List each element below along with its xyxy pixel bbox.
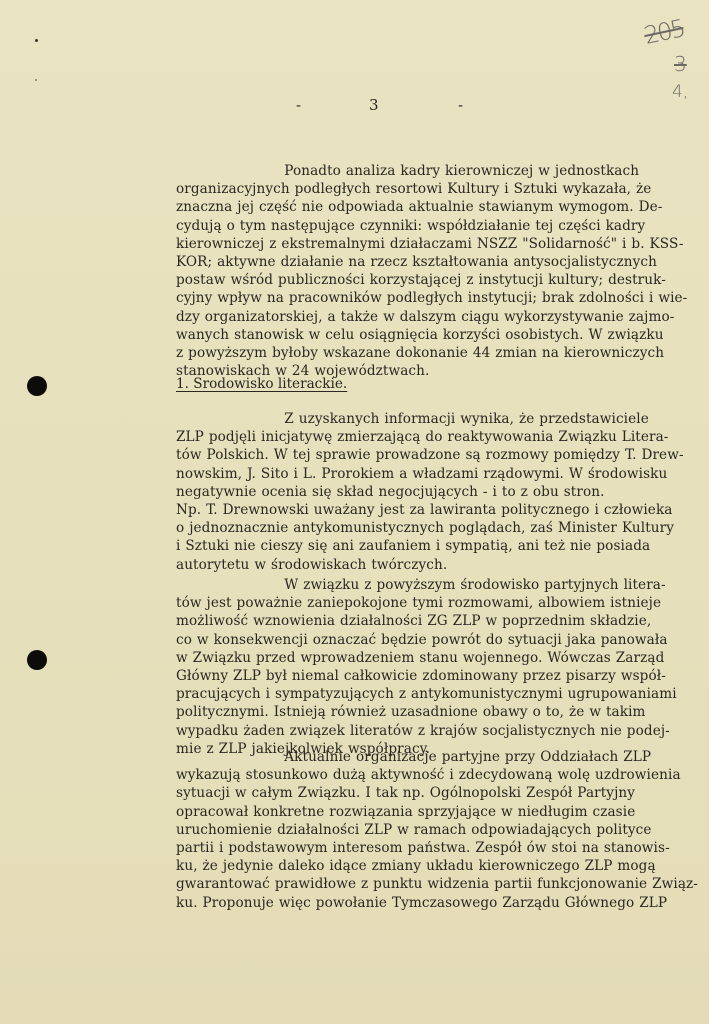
text-line: sytuacji w całym Związku. I tak np. Ogól…	[176, 784, 706, 802]
text-line: znaczna jej część nie odpowiada aktualni…	[176, 198, 706, 216]
text-line: pracujących i sympatyzujących z antykomu…	[176, 685, 706, 703]
paragraph-zlp-initiative: Z uzyskanych informacji wynika, że przed…	[176, 410, 706, 574]
text-line: Np. T. Drewnowski uważany jest za lawira…	[176, 501, 706, 519]
paragraph-cadre-analysis: Ponadto analiza kadry kierowniczej w jed…	[176, 162, 706, 380]
paragraph-party-concerns: W związku z powyższym środowisko partyjn…	[176, 576, 706, 758]
paper-speck	[35, 79, 37, 81]
handwritten-struck-number: 205	[642, 14, 687, 50]
text-line: negatywnie ocenia się skład negocjującyc…	[176, 483, 706, 501]
text-line: z powyższym byłoby wskazane dokonanie 44…	[176, 344, 706, 362]
page-number-dash-left: -	[296, 96, 301, 114]
text-line: ZLP podjęli inicjatywę zmierzającą do re…	[176, 428, 706, 446]
text-line: partii i podstawowym interesom państwa. …	[176, 839, 706, 857]
punch-hole-top	[27, 376, 47, 396]
text-line: ku, że jedynie daleko idące zmiany układ…	[176, 857, 706, 875]
text-line: o jednoznacznie antykomunistycznych pogl…	[176, 519, 706, 537]
text-line: postaw wśród publiczności korzystającej …	[176, 271, 706, 289]
text-line: i Sztuki nie cieszy się ani zaufaniem i …	[176, 537, 706, 555]
text-line: tów Polskich. W tej sprawie prowadzone s…	[176, 446, 706, 464]
text-line: politycznymi. Istnieją również uzasadnio…	[176, 703, 706, 721]
text-line: wypadku żaden związek literatów z krajów…	[176, 722, 706, 740]
text-line: cydują o tym następujące czynniki: współ…	[176, 217, 706, 235]
text-line: opracował konkretne rozwiązania sprzyjaj…	[176, 803, 706, 821]
page-number-dash-right: -	[458, 96, 463, 114]
text-line: wykazują stosunkowo dużą aktywność i zde…	[176, 766, 706, 784]
text-line: Ponadto analiza kadry kierowniczej w jed…	[176, 162, 706, 180]
text-line: gwarantować prawidłowe z punktu widzenia…	[176, 875, 706, 893]
text-line: tów jest poważnie zaniepokojone tymi roz…	[176, 594, 706, 612]
text-line: ku. Proponuje więc powołanie Tymczasoweg…	[176, 894, 706, 912]
text-line: organizacyjnych podległych resortowi Kul…	[176, 180, 706, 198]
text-line: W związku z powyższym środowisko partyjn…	[176, 576, 706, 594]
text-line: autorytetu w środowiskach twórczych.	[176, 556, 706, 574]
text-line: w Związku przed wprowadzeniem stanu woje…	[176, 649, 706, 667]
handwritten-struck-page: 3	[674, 52, 687, 76]
text-line: co w konsekwencji oznaczać będzie powrót…	[176, 631, 706, 649]
text-line: KOR; aktywne działanie na rzecz kształto…	[176, 253, 706, 271]
text-line: cyjny wpływ na pracowników podległych in…	[176, 289, 706, 307]
punch-hole-bottom	[27, 650, 47, 670]
text-line: dzy organizatorskiej, a także w dalszym …	[176, 308, 706, 326]
paragraph-party-organizations: Aktualnie organizacje partyjne przy Oddz…	[176, 748, 706, 912]
text-line: możliwość wznowienia działalności ZG ZLP…	[176, 612, 706, 630]
text-line: uruchomienie działalności ZLP w ramach o…	[176, 821, 706, 839]
section-heading: 1. Srodowisko literackie.	[176, 376, 347, 392]
text-line: Główny ZLP był niemal całkowicie zdomino…	[176, 667, 706, 685]
handwritten-archive-number: 4,	[672, 82, 688, 102]
text-line: Aktualnie organizacje partyjne przy Oddz…	[176, 748, 706, 766]
text-line: wanych stanowisk w celu osiągnięcia korz…	[176, 326, 706, 344]
document-page: 205 3 4, - 3 - Ponadto analiza kadry kie…	[0, 0, 709, 1024]
text-line: nowskim, J. Sito i L. Prorokiem a władza…	[176, 465, 706, 483]
paper-speck	[35, 39, 38, 42]
text-line: Z uzyskanych informacji wynika, że przed…	[176, 410, 706, 428]
page-number: 3	[369, 96, 379, 114]
text-line: kierowniczej z ekstremalnymi działaczami…	[176, 235, 706, 253]
